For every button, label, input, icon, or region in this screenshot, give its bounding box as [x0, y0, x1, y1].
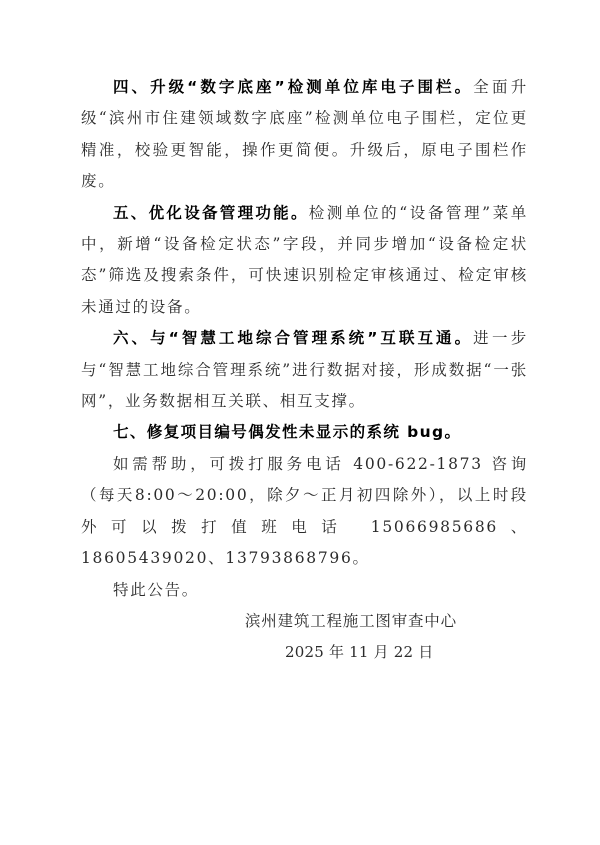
paragraph-item-5: 五、优化设备管理功能。检测单位的“设备管理”菜单中，新增“设备检定状态”字段，并…: [81, 198, 528, 324]
paragraph-7-heading: 七、修复项目编号偶发性未显示的系统 bug。: [113, 423, 461, 441]
paragraph-5-heading: 五、优化设备管理功能。: [113, 204, 309, 222]
paragraph-item-4: 四、升级“数字底座”检测单位库电子围栏。全面升级“滨州市住建领域数字底座”检测单…: [81, 72, 528, 198]
signature-date: 2025 年 11 月 22 日: [285, 637, 433, 668]
paragraph-closing-text: 特此公告。: [113, 581, 199, 599]
paragraph-closing: 特此公告。: [81, 575, 528, 606]
paragraph-item-7: 七、修复项目编号偶发性未显示的系统 bug。: [81, 417, 528, 448]
paragraph-4-heading: 四、升级“数字底座”检测单位库电子围栏。: [113, 78, 473, 96]
signature-org: 滨州建筑工程施工图审查中心: [245, 606, 457, 637]
paragraph-6-heading: 六、与“智慧工地综合管理系统”互联互通。: [113, 329, 473, 347]
paragraph-help-text: 如需帮助，可拨打服务电话 400-622-1873 咨询（每天8:00～20:0…: [81, 455, 528, 567]
document-body: 四、升级“数字底座”检测单位库电子围栏。全面升级“滨州市住建领域数字底座”检测单…: [81, 72, 528, 606]
paragraph-item-6: 六、与“智慧工地综合管理系统”互联互通。进一步与“智慧工地综合管理系统”进行数据…: [81, 323, 528, 417]
document-page: 四、升级“数字底座”检测单位库电子围栏。全面升级“滨州市住建领域数字底座”检测单…: [0, 0, 600, 845]
paragraph-help-info: 如需帮助，可拨打服务电话 400-622-1873 咨询（每天8:00～20:0…: [81, 449, 528, 575]
